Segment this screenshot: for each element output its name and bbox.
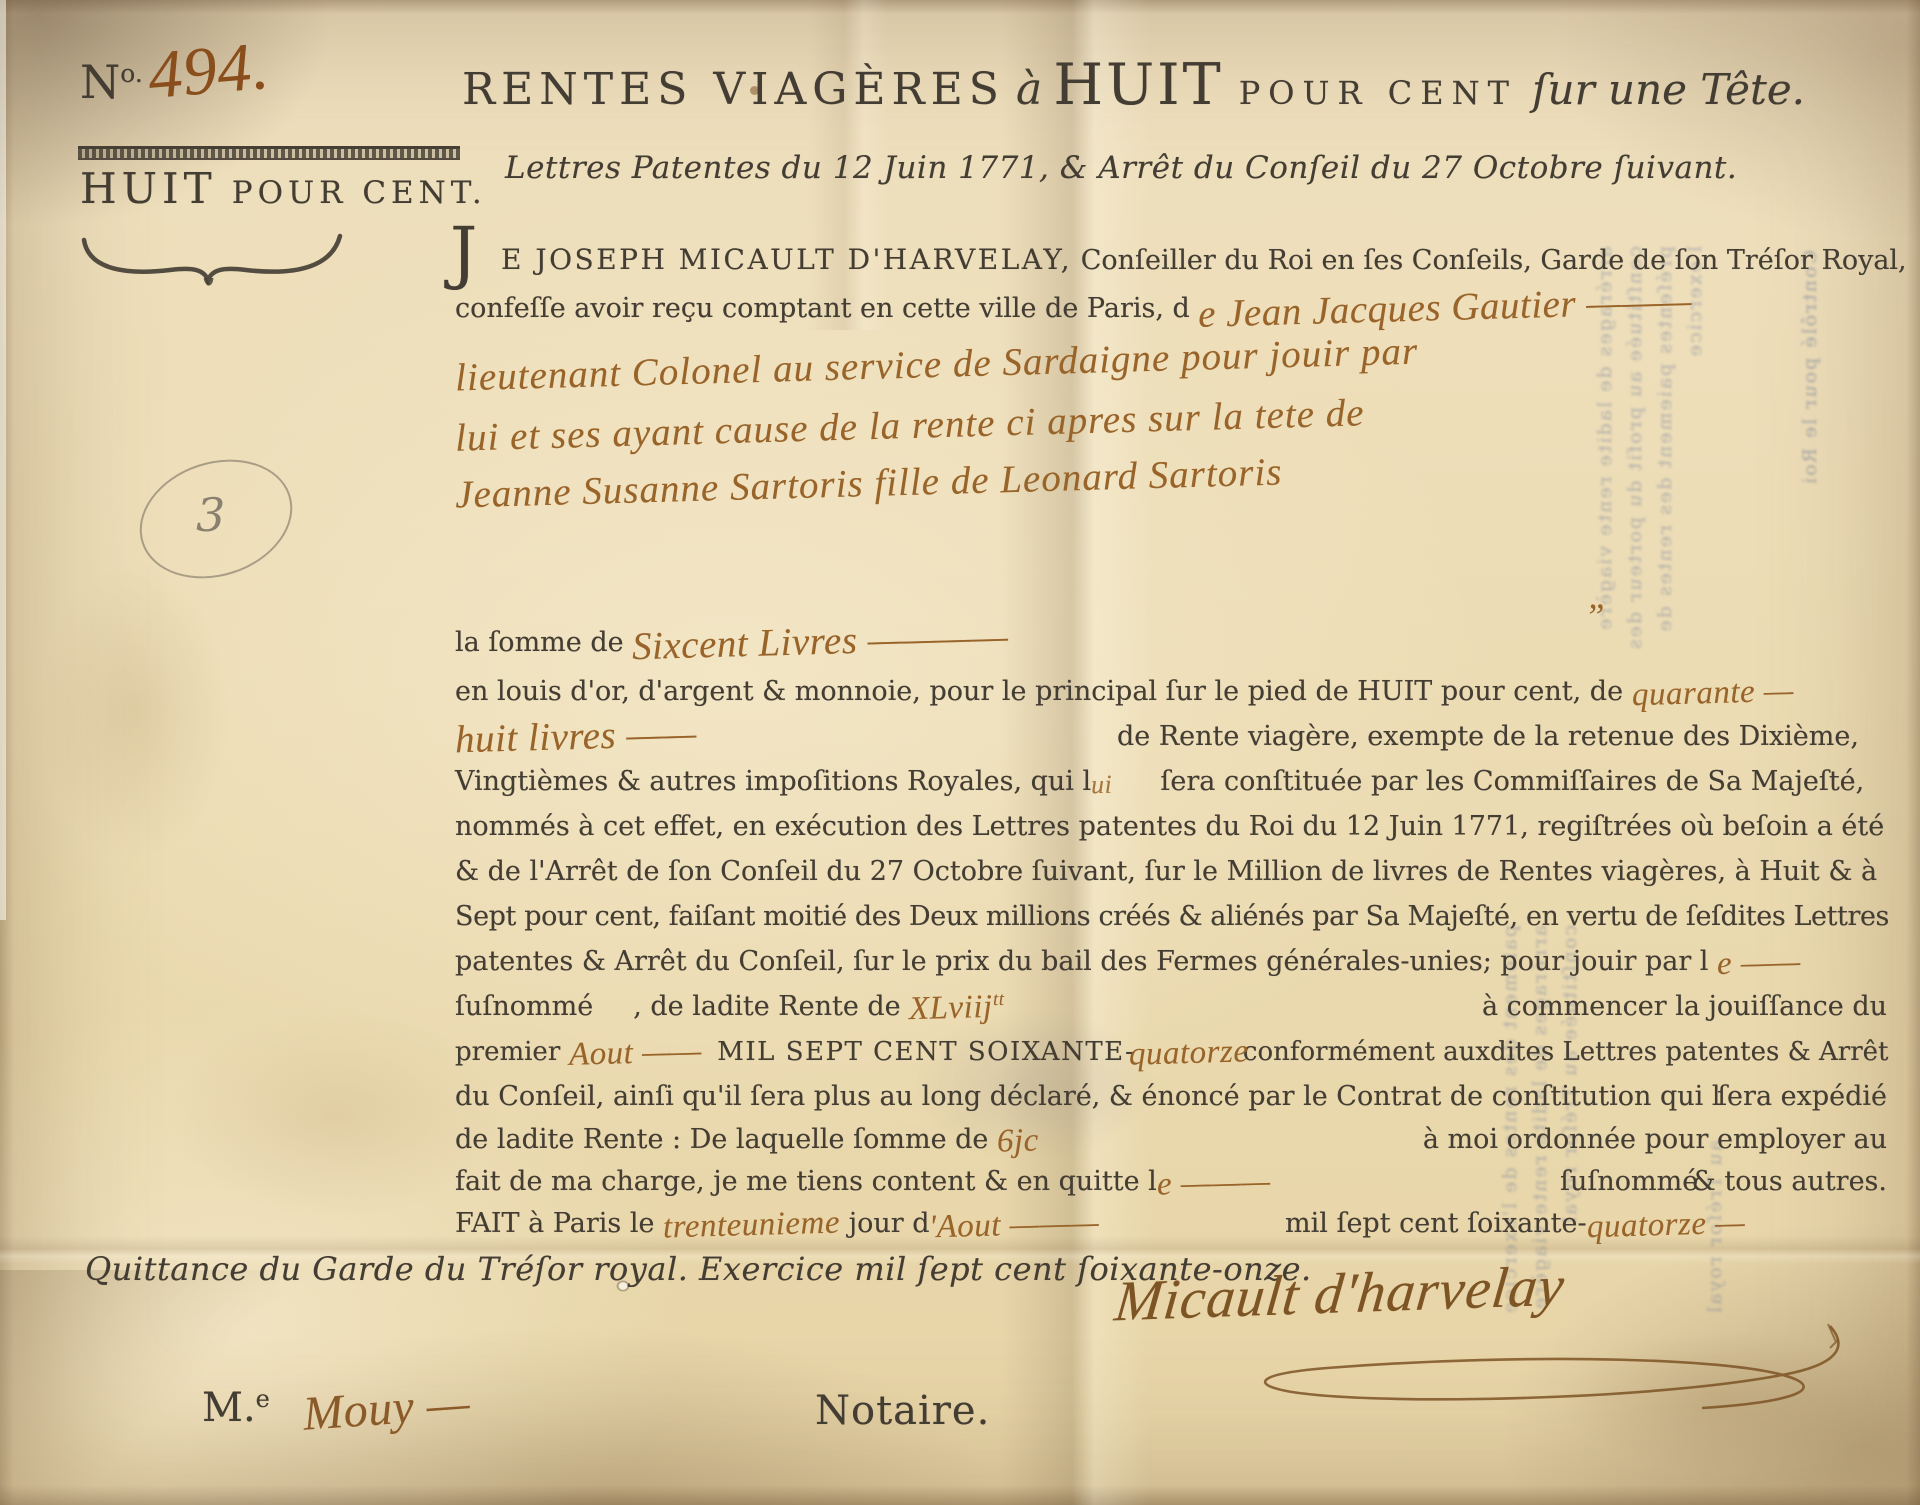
print-text: FAIT à Paris le (455, 1208, 663, 1239)
handwritten-text: e Jean Jacques Gautier ——— (1198, 281, 1693, 334)
print-text: ſuſnommé (455, 991, 593, 1022)
print-text: Sept pour cent, faiſant moitié des Deux … (455, 901, 1889, 932)
handwritten-text: lieutenant Colonel au service de Sardaig… (455, 332, 1419, 398)
body-line: premier Aout ——MIL SEPT CENT SOIXANTE-qu… (455, 1032, 1887, 1072)
handwritten-text: huit livres —— (455, 714, 698, 760)
notary-label: M. (202, 1385, 256, 1431)
document-number: No. (80, 55, 143, 109)
title-pour-cent: POUR CENT (1239, 74, 1517, 112)
body-line: en louis d'or, d'argent & monnoie, pour … (455, 672, 1887, 712)
body-line: confeſſe avoir reçu comptant en cette vi… (455, 288, 1887, 328)
print-text: & tous autres. (1692, 1162, 1887, 1202)
rate-heading: HUIT POUR CENT. (80, 164, 487, 213)
print-text: , de ladite Rente de (633, 991, 909, 1022)
rate-heading-huit: HUIT (80, 164, 217, 213)
body-line: Jeanne Susanne Sartoris fille de Leonard… (455, 464, 1887, 504)
handwritten-text: XLviij (909, 991, 994, 1026)
title-rentes-viageres: RENTES VIAGÈRES (462, 64, 1005, 115)
document-title: RENTES VIAGÈRES à HUIT POUR CENT ſur une… (462, 52, 1805, 118)
title-a: à (1016, 64, 1042, 115)
body-line: fait de ma charge, je me tiens content &… (455, 1162, 1887, 1202)
handwritten-text: ui (1091, 772, 1113, 799)
body-line: huit livres —— de Rente viagère, exempte… (455, 717, 1887, 757)
print-text: mil ſept cent ſoixante- (1285, 1208, 1587, 1239)
body-line: de ladite Rente : De laquelle ſomme de 6… (455, 1120, 1887, 1160)
handwritten-text: Aout —— (568, 1035, 702, 1072)
handwritten-text: quarante — (1631, 675, 1794, 713)
body-line: du Conſeil, ainſi qu'il ſera plus au lon… (455, 1077, 1887, 1117)
handwritten-ditto-mark: „ (1588, 578, 1610, 615)
rate-heading-pour-cent: POUR CENT. (232, 175, 487, 211)
handwritten-text: e ——— (1156, 1165, 1270, 1201)
handwritten-text: lui et ses ayant cause de la rente ci ap… (455, 393, 1365, 457)
body-line: lui et ses ayant cause de la rente ci ap… (455, 406, 1887, 446)
scanned-parchment-screenshot: { "header": { "number_label": "N", "numb… (0, 0, 1920, 1505)
pencil-page-number: 3 (196, 488, 225, 542)
print-text: la ſomme de (455, 627, 632, 658)
print-text: du Conſeil, ainſi qu'il ſera plus au lon… (455, 1081, 1720, 1112)
body-line: & de l'Arrêt de ſon Conſeil du 27 Octobr… (455, 852, 1887, 892)
body-line: nommés à cet effet, en exécution des Let… (455, 807, 1887, 847)
print-text: à commencer la jouiſſance du (1482, 987, 1887, 1027)
print-text: nommés à cet effet, en exécution des Let… (455, 811, 1884, 842)
print-text: fait de ma charge, je me tiens content &… (455, 1166, 1157, 1197)
print-text: jour d (840, 1208, 929, 1239)
number-label: N (80, 55, 120, 109)
print-text: patentes & Arrêt du Conſeil, ſur le prix… (455, 946, 1708, 977)
stain (170, 1010, 500, 1220)
date-year-group: mil ſept cent ſoixante-quatorze — (1285, 1204, 1745, 1244)
print-text: premier (455, 1037, 569, 1067)
body-line: ſuſnommé, de ladite Rente de XLviijtt à … (455, 987, 1887, 1027)
handwritten-text: 'Aout ——— (929, 1207, 1100, 1245)
print-text: Conſeiller du Roi en ſes Conſeils, Garde… (1072, 245, 1906, 276)
number-label-superscript: o. (120, 59, 143, 88)
body-line: Sept pour cent, faiſant moitié des Deux … (455, 897, 1887, 937)
print-text: E JOSEPH MICAULT D'HARVELAY, (501, 243, 1072, 276)
print-text: ſuſnommé (1560, 1162, 1698, 1202)
handwritten-superscript: tt (993, 990, 1005, 1009)
print-text: Vingtièmes & autres impoſitions Royales,… (455, 766, 1091, 797)
print-text: ſera conſtituée par les Commiſſaires de … (1160, 766, 1864, 797)
left-edge-highlight (0, 0, 6, 920)
body-line: Vingtièmes & autres impoſitions Royales,… (455, 762, 1887, 802)
handwritten-text: e —— (1717, 946, 1801, 981)
handwritten-text: quatorze (1129, 1035, 1249, 1071)
signature-paraph (1232, 1318, 1857, 1418)
print-text: conformément auxdites Lettres patentes &… (1243, 1037, 1889, 1067)
body-line: la ſomme de Sixcent Livres ———— (455, 622, 1887, 662)
handwritten-document-number: 494. (145, 31, 271, 109)
notary-label-superscript: e (256, 1385, 270, 1413)
print-text: ſera expédié (1717, 1077, 1887, 1117)
handwritten-text: quatorze — (1586, 1207, 1745, 1244)
handwritten-text: 6jc (997, 1124, 1040, 1158)
handwritten-text: Sixcent Livres ———— (632, 617, 1009, 666)
body-line: patentes & Arrêt du Conſeil, ſur le prix… (455, 942, 1887, 982)
ornamental-brace (78, 232, 346, 290)
title-subtitle: Lettres Patentes du 12 Juin 1771, & Arrê… (505, 150, 1737, 186)
title-huit: HUIT (1053, 52, 1223, 118)
handwritten-text: Jeanne Susanne Sartoris fille de Leonard… (455, 452, 1283, 514)
notaire-label: Notaire. (815, 1388, 990, 1434)
print-text: en louis d'or, d'argent & monnoie, pour … (455, 676, 1632, 707)
print-text: de ladite Rente : De laquelle ſomme de (455, 1124, 997, 1155)
stain (40, 560, 230, 860)
handwritten-text: trenteunieme (663, 1207, 841, 1245)
body-line: FAIT à Paris le trenteunieme jour d'Aout… (455, 1204, 1887, 1244)
body-line: E JOSEPH MICAULT D'HARVELAY, Conſeiller … (455, 240, 1887, 280)
print-text: à moi ordonnée pour employer au (1423, 1120, 1887, 1160)
print-text: MIL SEPT CENT SOIXANTE- (717, 1037, 1135, 1067)
notary-name-handwritten: Mouy — (301, 1379, 471, 1439)
parchment-document: arrérages de ladite rente viagère conſti… (0, 0, 1920, 1505)
title-sur-une-tete: ſur une Tête. (1532, 65, 1805, 114)
print-text: & de l'Arrêt de ſon Conſeil du 27 Octobr… (455, 856, 1877, 887)
body-line: lieutenant Colonel au service de Sardaig… (455, 345, 1887, 385)
print-text: de Rente viagère, exempte de la retenue … (1117, 717, 1859, 757)
print-text: confeſſe avoir reçu comptant en cette vi… (455, 293, 1190, 324)
notary-row: M.e Mouy — (202, 1385, 470, 1433)
ornamental-rule (78, 146, 460, 160)
